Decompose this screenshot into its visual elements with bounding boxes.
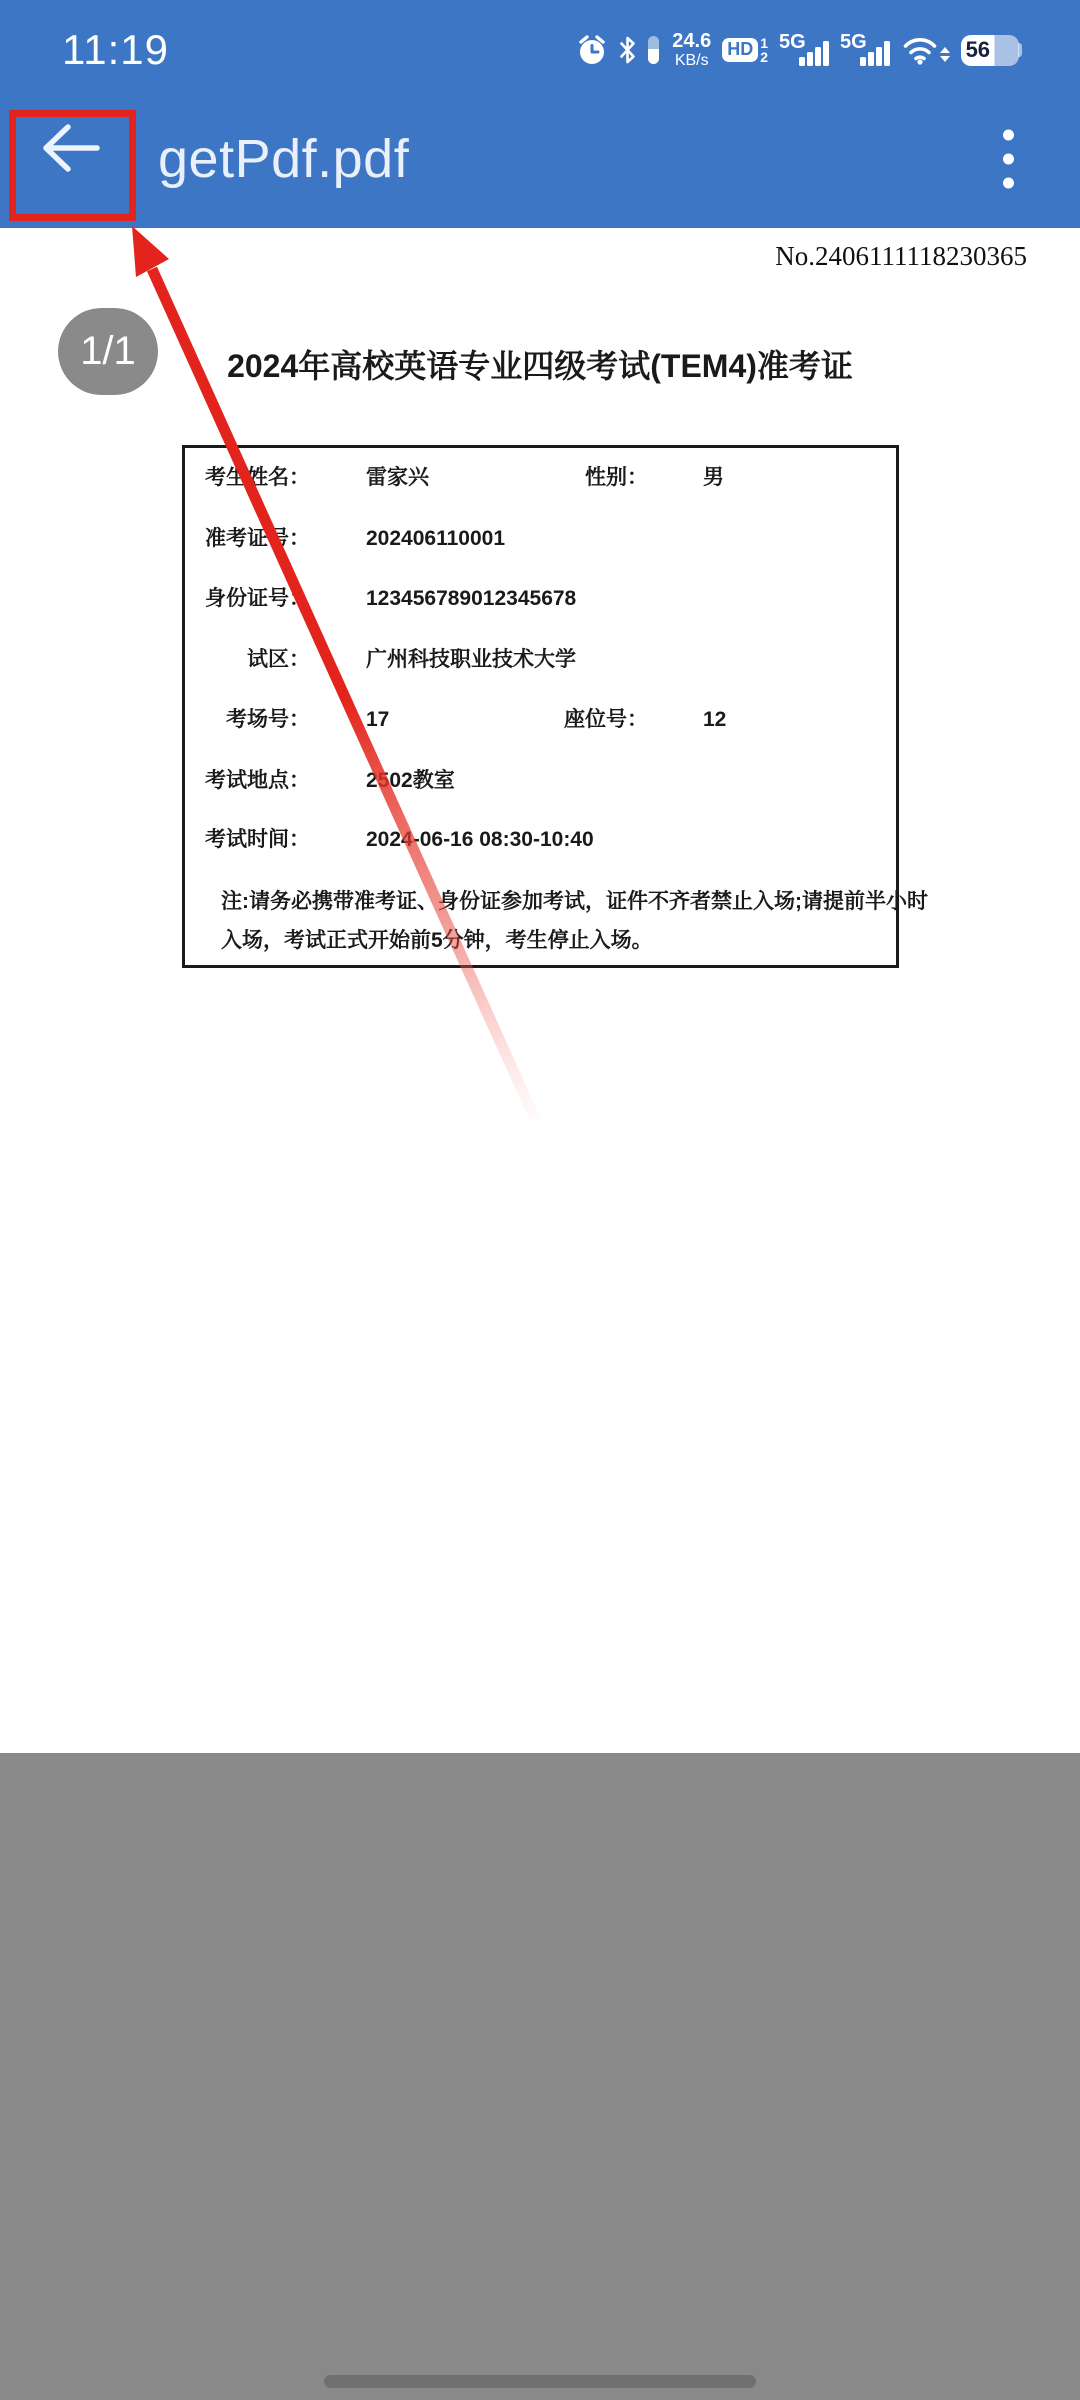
table-row: 考试地点： 2502教室 — [185, 768, 896, 794]
app-bar: getPdf.pdf — [0, 90, 1080, 228]
kebab-menu-icon — [1003, 130, 1014, 189]
battery-percent: 56 — [961, 39, 995, 61]
field-value: 123456789012345678 — [366, 586, 576, 612]
field-value: 12 — [703, 707, 726, 733]
field-value: 202406110001 — [366, 526, 505, 552]
table-row: 考生姓名： 雷家兴 性别： 男 — [185, 465, 896, 491]
field-label: 考试地点： — [185, 768, 310, 794]
pdf-page: No.2406111118230365 2024年高校英语专业四级考试(TEM4… — [0, 228, 1080, 1753]
exam-ticket-title: 2024年高校英语专业四级考试(TEM4)准考证 — [0, 341, 1080, 387]
back-arrow-icon — [40, 121, 102, 178]
back-button[interactable] — [36, 116, 106, 182]
network-speed-value: 24.6 — [672, 31, 711, 51]
field-label: 试区： — [185, 647, 310, 673]
field-label: 座位号： — [525, 707, 648, 733]
signal-bars-icon-sim1: 5G — [779, 34, 829, 66]
field-label: 考试时间： — [185, 827, 310, 853]
clock-time: 11:19 — [62, 26, 169, 74]
status-icon-tray: 24.6 KB/s HD 1 2 5G 5G — [577, 31, 1022, 69]
table-row: 考试时间： 2024-06-16 08:30-10:40 — [185, 827, 896, 853]
status-bar: 11:19 24.6 — [0, 0, 1080, 90]
document-title: getPdf.pdf — [158, 128, 409, 190]
hd-label: HD — [722, 38, 758, 62]
sim1-label: 1 — [760, 36, 768, 50]
exam-info-table: 考生姓名： 雷家兴 性别： 男 准考证号： 202406110001 身份证号：… — [182, 445, 899, 968]
page-indicator-badge: 1/1 — [58, 308, 158, 395]
serial-number: No.2406111118230365 — [775, 241, 1027, 272]
sim2-label: 2 — [760, 50, 768, 64]
ticket-note-line2: 入场，考试正式开始前5分钟，考生停止入场。 — [221, 928, 881, 954]
hd-volte-icon: HD 1 2 — [722, 36, 768, 64]
table-row: 考场号： 17 座位号： 12 — [185, 707, 896, 733]
field-value: 男 — [703, 465, 724, 491]
field-label: 性别： — [525, 465, 648, 491]
field-value: 广州科技职业技术大学 — [366, 647, 576, 673]
header: 11:19 24.6 — [0, 0, 1080, 228]
table-row: 身份证号： 123456789012345678 — [185, 586, 896, 612]
network-speed-unit: KB/s — [675, 53, 709, 69]
field-value: 雷家兴 — [366, 465, 429, 491]
signal-bars-icon-sim2: 5G — [840, 34, 890, 66]
field-value: 17 — [366, 707, 389, 733]
wifi-traffic-arrows — [940, 47, 950, 62]
field-value: 2024-06-16 08:30-10:40 — [366, 827, 594, 853]
phone-screen: 11:19 24.6 — [0, 0, 1080, 2400]
field-label: 考场号： — [185, 707, 310, 733]
alarm-clock-icon — [577, 34, 607, 66]
field-label: 身份证号： — [185, 586, 310, 612]
gesture-navigation-bar[interactable] — [324, 2375, 756, 2388]
battery-icon: 56 — [961, 35, 1022, 66]
pdf-scroll-area[interactable]: No.2406111118230365 2024年高校英语专业四级考试(TEM4… — [0, 228, 1080, 2400]
field-label: 考生姓名： — [185, 465, 310, 491]
wifi-icon — [901, 35, 950, 65]
table-row: 准考证号： 202406110001 — [185, 526, 896, 552]
network-speed: 24.6 KB/s — [672, 31, 711, 69]
table-row: 试区： 广州科技职业技术大学 — [185, 647, 896, 673]
field-value: 2502教室 — [366, 768, 455, 794]
bluetooth-icon — [618, 35, 637, 65]
more-options-button[interactable] — [997, 124, 1020, 195]
field-label: 准考证号： — [185, 526, 310, 552]
bluetooth-battery-icon — [648, 36, 659, 64]
ticket-note-line1: 注:请务必携带准考证、身份证参加考试，证件不齐者禁止入场;请提前半小时 — [221, 889, 881, 915]
